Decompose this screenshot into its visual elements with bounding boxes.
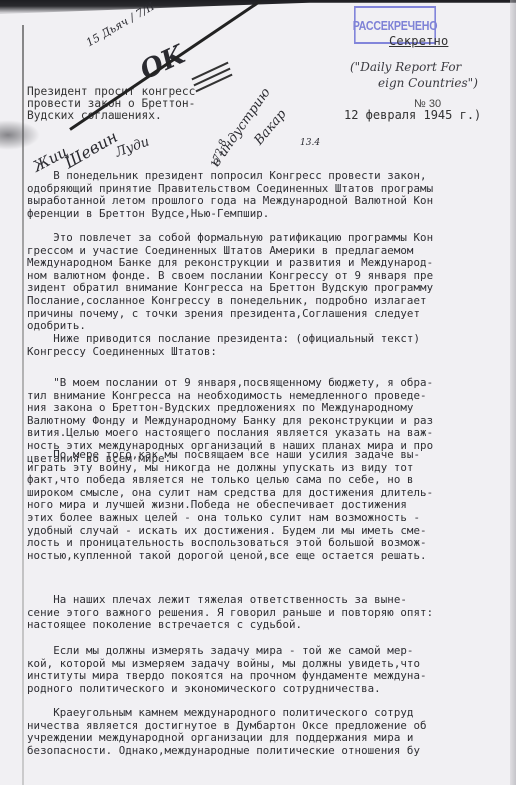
paragraph: Если мы должны измерять задачу мира - то… [27,645,516,695]
paragraph: Краеугольным камнем международного полит… [27,707,516,757]
ink-smudge [0,120,40,150]
document-date: 12 февраля 1945 г.) [344,108,481,122]
paragraph: На наших плечах лежит тяжелая ответствен… [27,594,516,632]
handwritten-source-note: ("Daily Report For [350,60,461,74]
paragraph: Ниже приводится послание президента: (оф… [27,333,516,358]
headline: Президент просит конгресс провести закон… [27,86,195,122]
paragraph: По мере того,как мы посвящаем все наши у… [27,449,516,562]
paragraph: Это повлечет за собой формальную ратифик… [27,232,516,333]
paragraph: В понедельник президент попросил Конгрес… [27,170,516,220]
handwritten-source-note-cont: eign Countries") [378,76,478,90]
handwritten-date: 13.4 [300,138,320,148]
classification-label: Секретно [389,34,448,48]
